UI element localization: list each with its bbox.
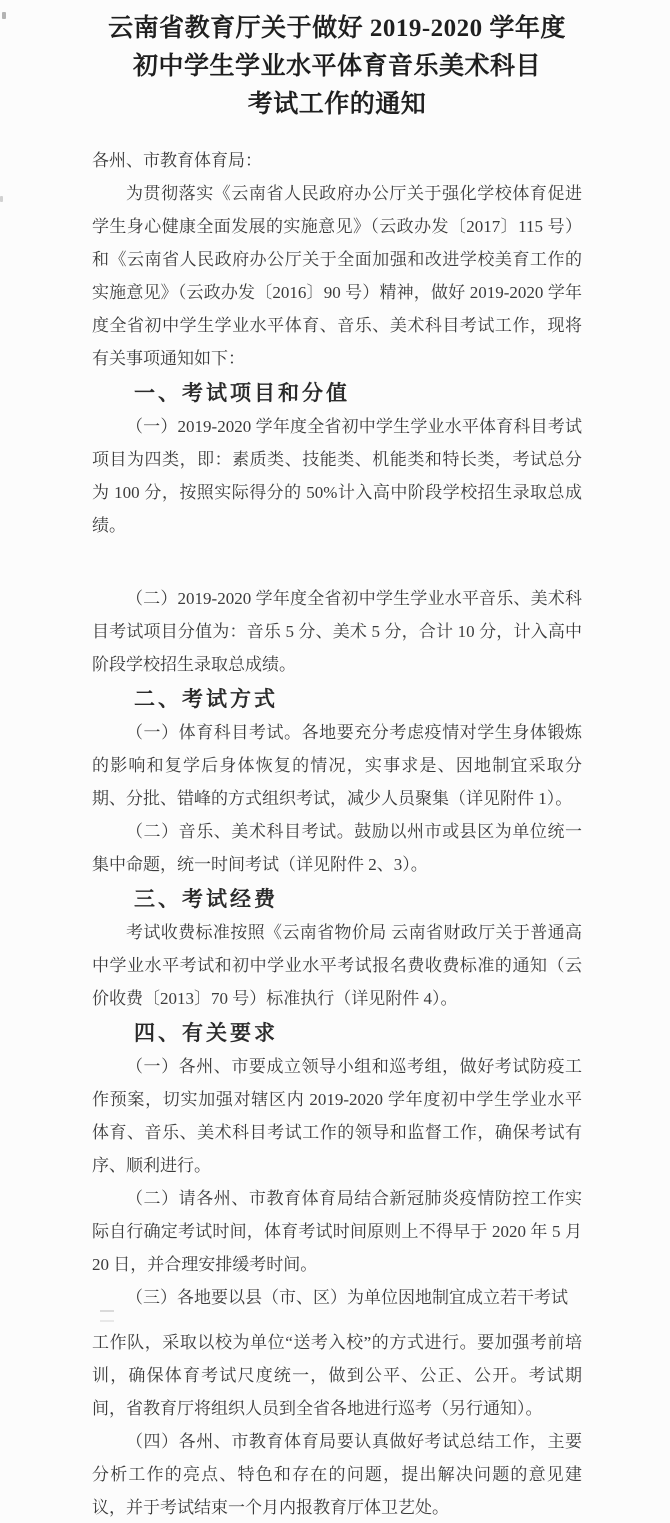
document-title: 云南省教育厅关于做好 2019-2020 学年度 初中学生学业水平体育音乐美术科… (57, 10, 617, 124)
section-4-paragraph-3-continuation: 工作队，采取以校为单位“送考入校”的方式进行。要加强考前培训，确保体育考试尺度统… (92, 1326, 582, 1425)
section-4-heading: 四、有关要求 (92, 1017, 582, 1050)
section-1-paragraph-2: （二）2019-2020 学年度全省初中学生学业水平音乐、美术科目考试项目分值为… (92, 582, 582, 681)
section-1-paragraph-1: （一）2019-2020 学年度全省初中学生学业水平体育科目考试项目为四类，即：… (92, 410, 582, 542)
scan-artifact (2, 12, 6, 19)
section-4-paragraph-1: （一）各州、市要成立领导小组和巡考组，做好考试防疫工作预案，切实加强对辖区内 2… (92, 1050, 582, 1182)
title-line-3: 考试工作的通知 (57, 86, 617, 124)
section-1-heading: 一、考试项目和分值 (92, 377, 582, 410)
notice-document-page: 云南省教育厅关于做好 2019-2020 学年度 初中学生学业水平体育音乐美术科… (0, 0, 670, 1523)
intro-paragraph: 为贯彻落实《云南省人民政府办公厅关于强化学校体育促进学生身心健康全面发展的实施意… (92, 177, 582, 375)
scan-artifact (100, 1310, 114, 1322)
title-line-2: 初中学生学业水平体育音乐美术科目 (57, 48, 617, 86)
salutation: 各州、市教育体育局： (92, 144, 582, 177)
scan-artifact (0, 196, 3, 202)
section-4-paragraph-2: （二）请各州、市教育体育局结合新冠肺炎疫情防控工作实际自行确定考试时间，体育考试… (92, 1182, 582, 1281)
section-2-heading: 二、考试方式 (92, 683, 582, 716)
title-line-1: 云南省教育厅关于做好 2019-2020 学年度 (57, 10, 617, 48)
section-4-paragraph-4: （四）各州、市教育体育局要认真做好考试总结工作，主要分析工作的亮点、特色和存在的… (92, 1425, 582, 1523)
section-3-heading: 三、考试经费 (92, 883, 582, 916)
section-2-paragraph-2: （二）音乐、美术科目考试。鼓励以州市或县区为单位统一集中命题，统一时间考试（详见… (92, 815, 582, 881)
section-3-paragraph-1: 考试收费标准按照《云南省物价局 云南省财政厅关于普通高中学业水平考试和初中学业水… (92, 916, 582, 1015)
section-4-paragraph-3-first-line: （三）各地要以县（市、区）为单位因地制宜成立若干考试 (92, 1281, 582, 1314)
section-2-paragraph-1: （一）体育科目考试。各地要充分考虑疫情对学生身体锻炼的影响和复学后身体恢复的情况… (92, 716, 582, 815)
